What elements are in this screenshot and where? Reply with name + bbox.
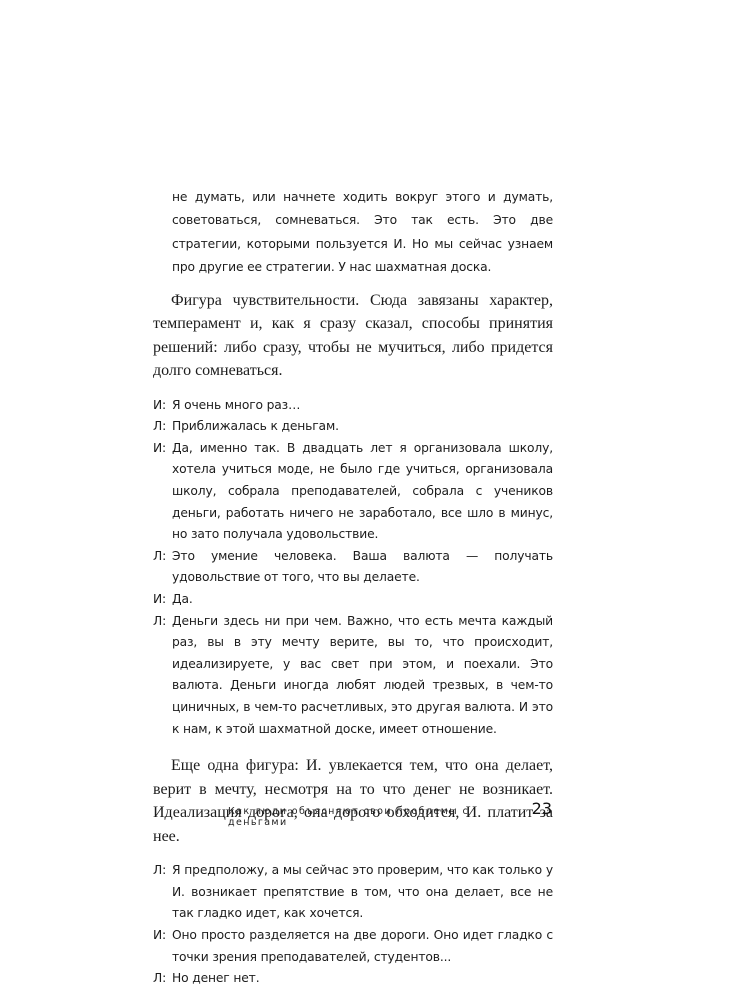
paragraph-sensitivity-figure: Фигура чувствительности. Сюда завязаны х… <box>153 289 553 383</box>
utterance: Я предположу, а мы сейчас это проверим, … <box>172 860 553 925</box>
speaker-label: И: <box>153 395 172 417</box>
dialogue-turn: И: Да, именно так. В двадцать лет я орга… <box>153 438 553 546</box>
dialogue-turn: И: Да. <box>153 589 553 611</box>
dialogue-turn: Л: Я предположу, а мы сейчас это провери… <box>153 860 553 925</box>
speaker-label: И: <box>153 925 172 947</box>
utterance: Приближалась к деньгам. <box>172 416 553 438</box>
dialogue-turn: Л: Это умение человека. Ваша валюта — по… <box>153 546 553 589</box>
utterance: Оно просто разделяется на две дороги. Он… <box>172 925 553 968</box>
dialogue-block-1: И: Я очень много раз… Л: Приближалась к … <box>153 395 553 741</box>
speaker-label: Л: <box>153 860 172 882</box>
dialogue-turn: Л: Приближалась к деньгам. <box>153 416 553 438</box>
dialogue-turn: И: Я очень много раз… <box>153 395 553 417</box>
running-head: Как люди объясняют свои проблемы с деньг… <box>228 806 518 828</box>
dialogue-turn: Л: Но денег нет. <box>153 968 553 990</box>
speaker-label: Л: <box>153 611 172 633</box>
utterance: Но денег нет. <box>172 968 553 990</box>
page-body: не думать, или начнете ходить вокруг это… <box>153 186 553 990</box>
dialogue-block-2: Л: Я предположу, а мы сейчас это провери… <box>153 860 553 990</box>
speaker-label: Л: <box>153 968 172 990</box>
dialogue-turn: Л: Деньги здесь ни при чем. Важно, что е… <box>153 611 553 741</box>
opening-paragraph: не думать, или начнете ходить вокруг это… <box>153 186 553 280</box>
utterance: Деньги здесь ни при чем. Важно, что есть… <box>172 611 553 741</box>
utterance: Да, именно так. В двадцать лет я организ… <box>172 438 553 546</box>
page-footer: Как люди объясняют свои проблемы с деньг… <box>228 799 552 828</box>
speaker-label: Л: <box>153 416 172 438</box>
utterance: Я очень много раз… <box>172 395 553 417</box>
page-number: 23 <box>532 799 552 818</box>
speaker-label: И: <box>153 438 172 460</box>
speaker-label: Л: <box>153 546 172 568</box>
utterance: Это умение человека. Ваша валюта — получ… <box>172 546 553 589</box>
speaker-label: И: <box>153 589 172 611</box>
utterance: Да. <box>172 589 553 611</box>
dialogue-turn: И: Оно просто разделяется на две дороги.… <box>153 925 553 968</box>
